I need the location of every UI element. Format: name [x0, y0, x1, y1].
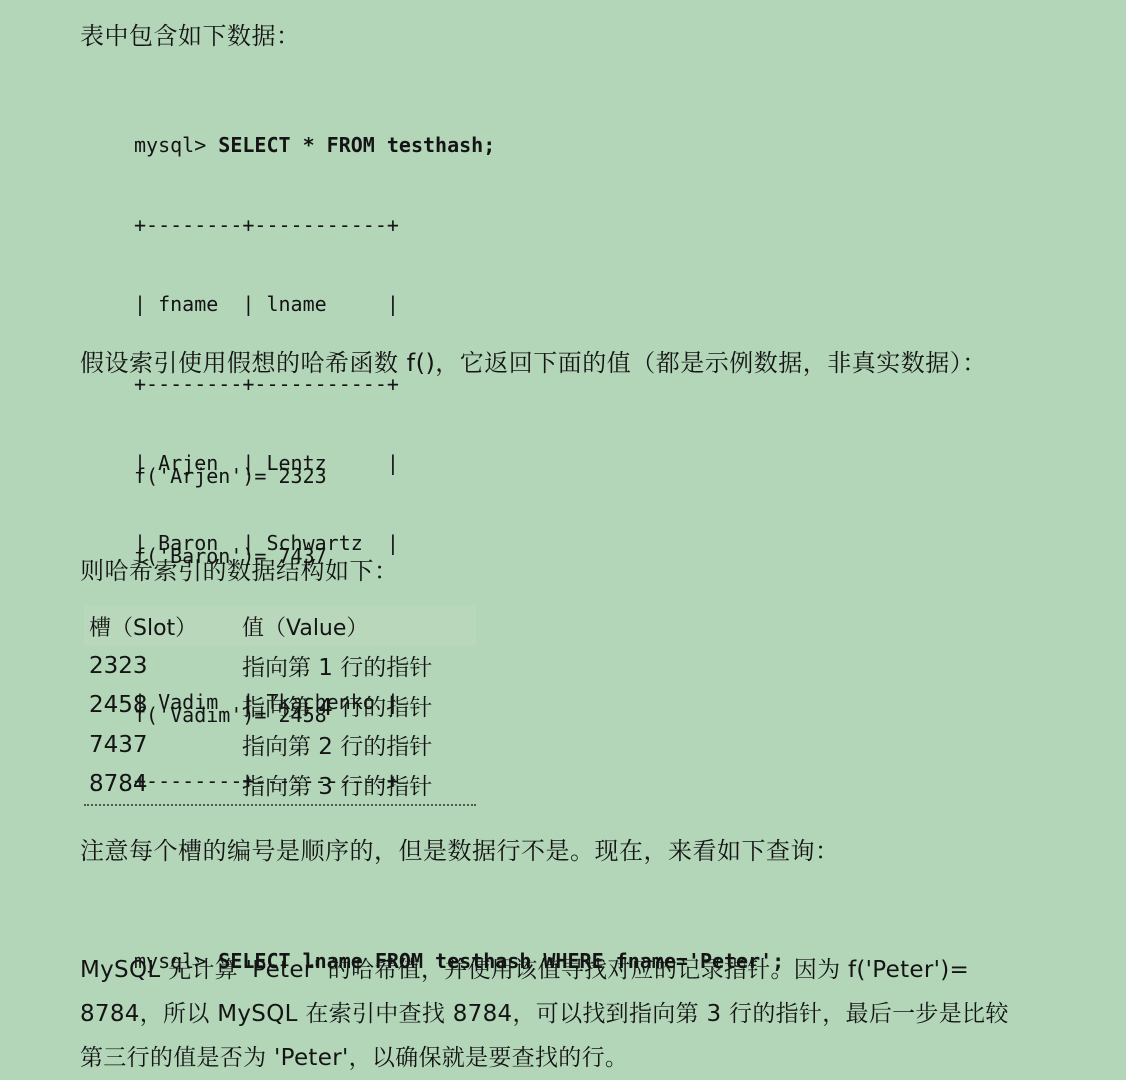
- explanation-line: 8784，所以 MySQL 在索引中查找 8784，可以找到指向第 3 行的指针…: [80, 992, 1009, 1036]
- query1-sql: SELECT * FROM testhash;: [218, 133, 495, 157]
- structure-intro: 则哈希索引的数据结构如下：: [80, 551, 399, 586]
- slot-cell: 7437: [84, 732, 242, 758]
- hash-index-row: 2458 指向第 4 行的指针: [84, 686, 476, 726]
- slot-header: 槽（Slot）: [84, 611, 242, 642]
- explanation-line: 第三行的值是否为 'Peter'，以确保就是要查找的行。: [80, 1036, 1009, 1080]
- hash-index-row: 2323 指向第 1 行的指针: [84, 646, 476, 686]
- note-text: 注意每个槽的编号是顺序的，但是数据行不是。现在，来看如下查询：: [80, 831, 840, 866]
- hash-index-table: 槽（Slot） 值（Value） 2323 指向第 1 行的指针 2458 指向…: [84, 606, 476, 806]
- hash-index-row: 8784 指向第 3 行的指针: [84, 765, 476, 805]
- value-header: 值（Value）: [242, 611, 476, 642]
- intro-text: 表中包含如下数据：: [80, 16, 301, 51]
- result-border-top: +--------+-----------+: [134, 212, 495, 239]
- result-header-row: | fname | lname |: [134, 291, 495, 318]
- hash-function-intro: 假设索引使用假想的哈希函数 f()，它返回下面的值（都是示例数据，非真实数据）：: [80, 343, 987, 378]
- value-cell: 指向第 3 行的指针: [242, 768, 476, 801]
- hash-index-header: 槽（Slot） 值（Value）: [84, 606, 476, 646]
- slot-cell: 2458: [84, 692, 242, 718]
- hash-index-row: 7437 指向第 2 行的指针: [84, 725, 476, 765]
- hash-value-line: f('Arjen')= 2323: [134, 463, 327, 490]
- explanation-line: MySQL 先计算 'Peter' 的哈希值，并使用该值寻找对应的记录指针。因为…: [80, 948, 1009, 992]
- value-cell: 指向第 4 行的指针: [242, 689, 476, 722]
- slot-cell: 8784: [84, 771, 242, 797]
- query1-line: mysql> SELECT * FROM testhash;: [134, 132, 495, 159]
- mysql-prompt: mysql>: [134, 133, 206, 157]
- slot-cell: 2323: [84, 653, 242, 679]
- explanation-paragraph: MySQL 先计算 'Peter' 的哈希值，并使用该值寻找对应的记录指针。因为…: [80, 948, 1009, 1080]
- value-cell: 指向第 2 行的指针: [242, 728, 476, 761]
- value-cell: 指向第 1 行的指针: [242, 649, 476, 682]
